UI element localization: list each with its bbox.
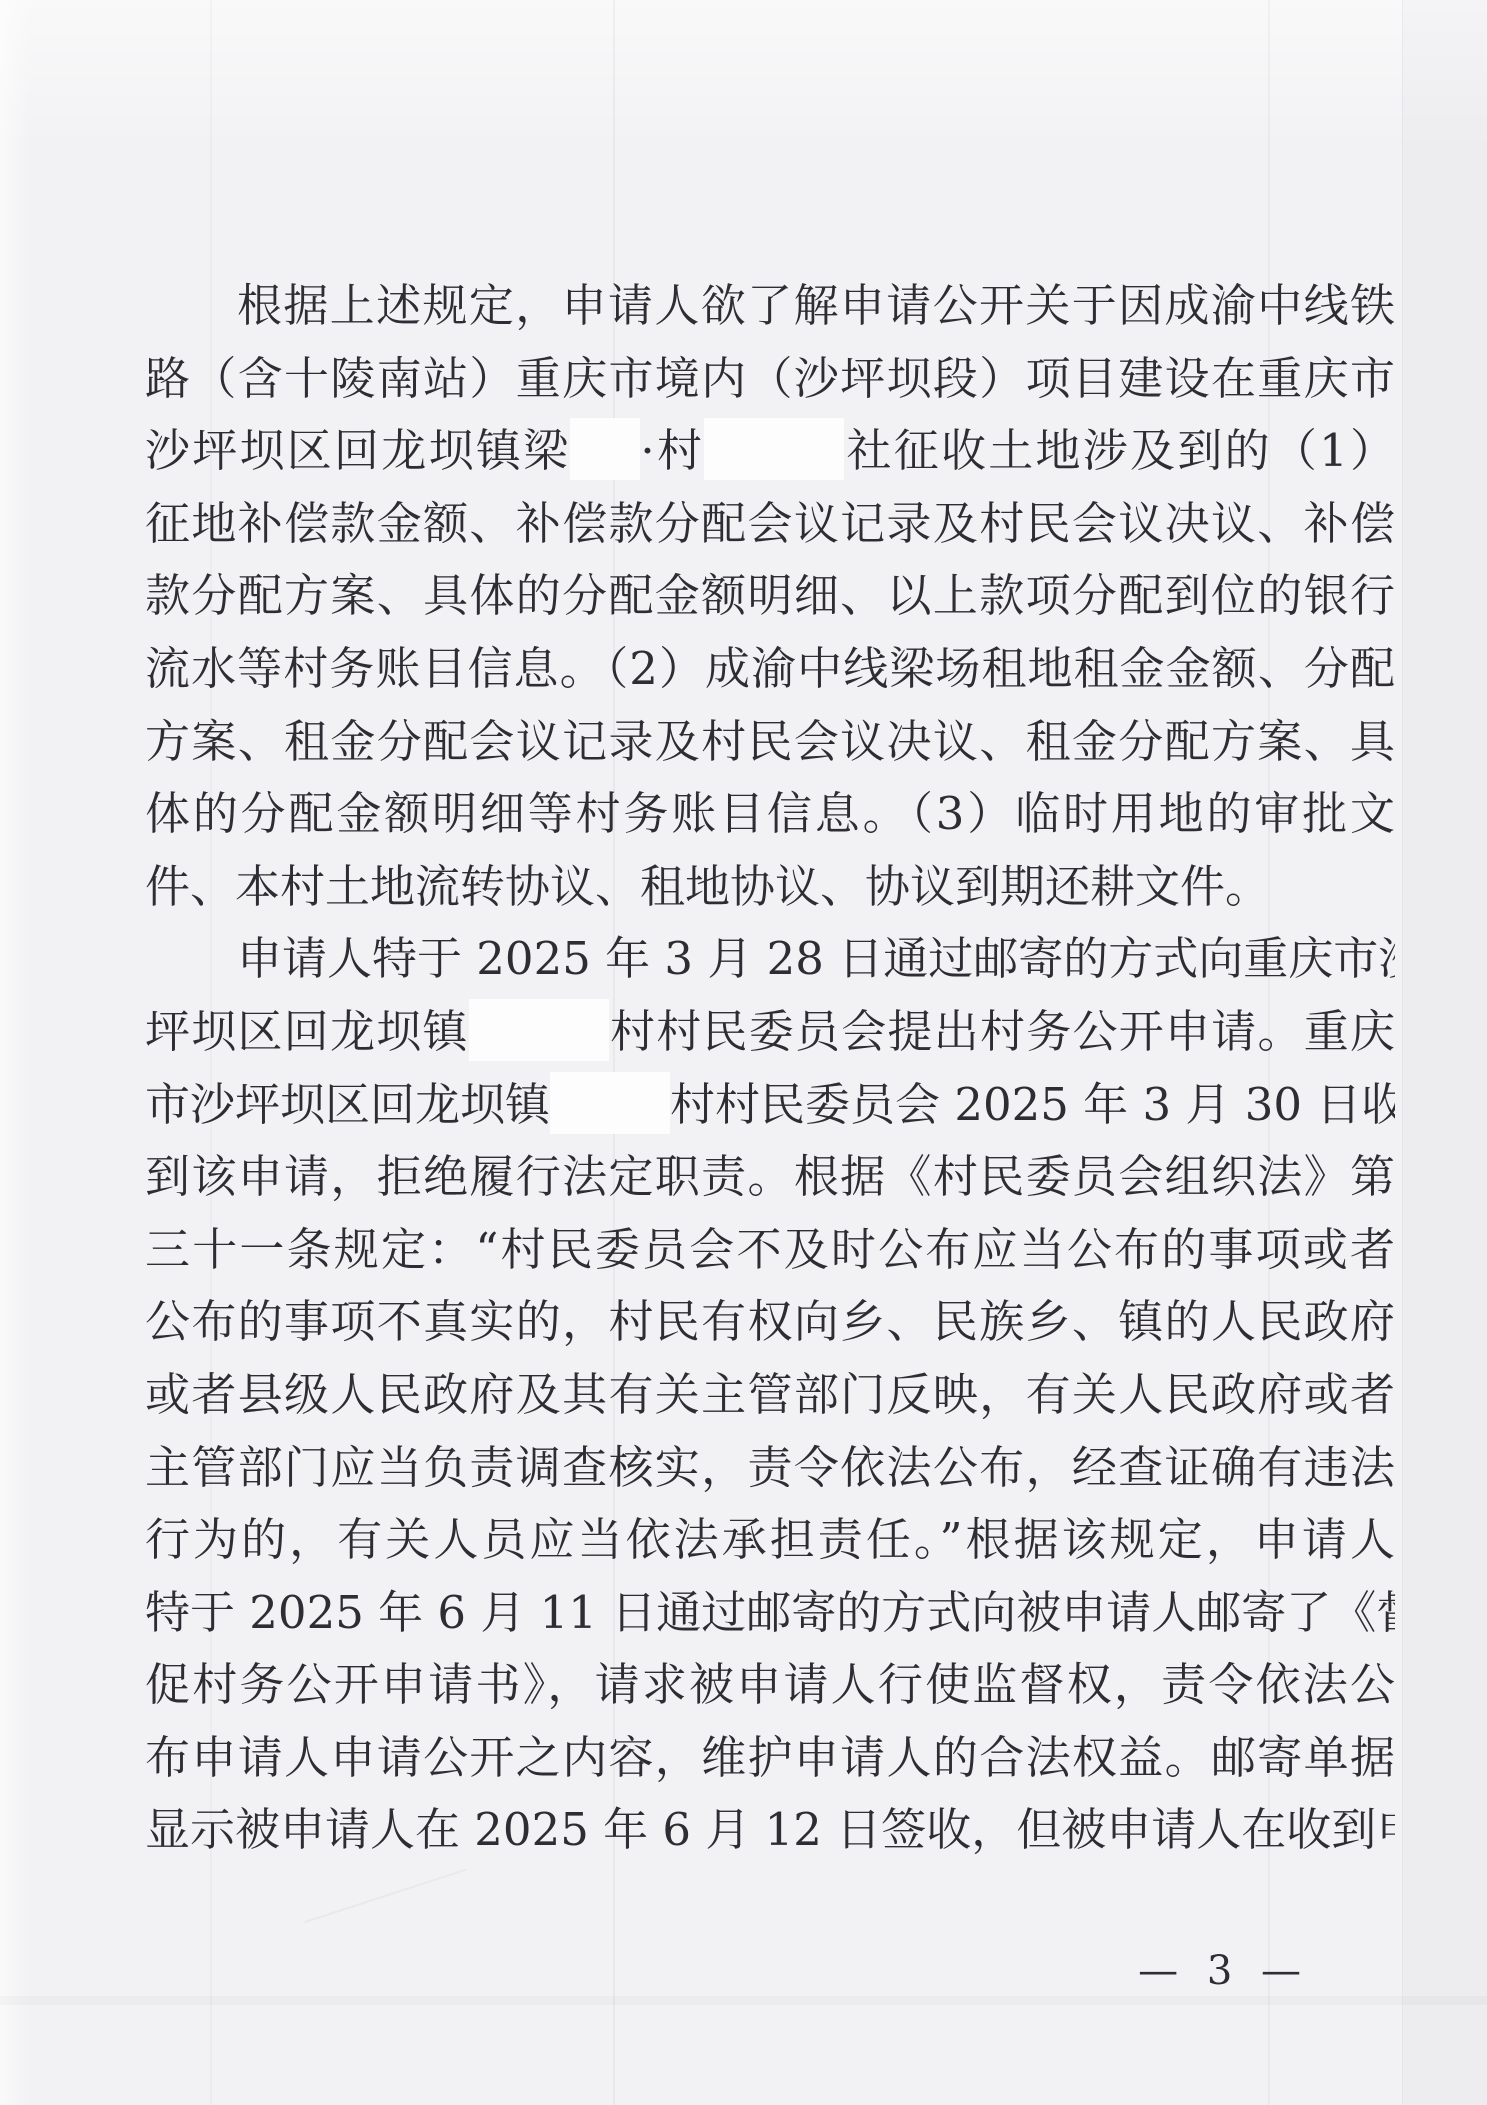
- text-segment: ·村: [640, 424, 704, 477]
- text-segment: 或者县级人民政府及其有关主管部门反映，有关人民政府或者: [145, 1368, 1395, 1421]
- text-line: 促村务公开申请书》，请求被申请人行使监督权，责令依法公: [145, 1649, 1395, 1722]
- text-segment: 市沙坪坝区回龙坝镇: [145, 1078, 550, 1131]
- text-segment: 申请人特于 2025 年 3 月 28 日通过邮寄的方式向重庆市沙: [237, 932, 1395, 985]
- text-line: 行为的，有关人员应当依法承担责任。”根据该规定，申请人: [145, 1504, 1395, 1577]
- text-line: 特于 2025 年 6 月 11 日通过邮寄的方式向被申请人邮寄了《督: [145, 1577, 1395, 1650]
- text-segment: 显示被申请人在 2025 年 6 月 12 日签收，但被申请人在收到申: [145, 1803, 1395, 1856]
- text-segment: 方案、租金分配会议记录及村民会议决议、租金分配方案、具: [145, 715, 1395, 768]
- text-line: 三十一条规定：“村民委员会不及时公布应当公布的事项或者: [145, 1214, 1395, 1287]
- text-segment: 布申请人申请公开之内容，维护申请人的合法权益。邮寄单据: [145, 1731, 1395, 1784]
- text-segment: 坪坝区回龙坝镇: [145, 1005, 469, 1058]
- text-segment: 特于 2025 年 6 月 11 日通过邮寄的方式向被申请人邮寄了《督: [145, 1586, 1395, 1639]
- text-line: 显示被申请人在 2025 年 6 月 12 日签收，但被申请人在收到申: [145, 1794, 1395, 1867]
- text-line: 到该申请，拒绝履行法定职责。根据《村民委员会组织法》第: [145, 1141, 1395, 1214]
- text-line: 沙坪坝区回龙坝镇梁·村社征收土地涉及到的（1）: [145, 415, 1395, 488]
- redaction-box: [550, 1072, 670, 1134]
- text-line: 市沙坪坝区回龙坝镇村村民委员会 2025 年 3 月 30 日收: [145, 1069, 1395, 1142]
- text-line: 根据上述规定，申请人欲了解申请公开关于因成渝中线铁: [145, 270, 1395, 343]
- paragraph: 根据上述规定，申请人欲了解申请公开关于因成渝中线铁路（含十陵南站）重庆市境内（沙…: [145, 270, 1395, 923]
- text-segment: 征地补偿款金额、补偿款分配会议记录及村民会议决议、补偿: [145, 497, 1395, 550]
- text-segment: 促村务公开申请书》，请求被申请人行使监督权，责令依法公: [145, 1658, 1395, 1711]
- redaction-box: [570, 418, 640, 480]
- redaction-box: [469, 999, 609, 1061]
- page-number: — 3 —: [1138, 1948, 1309, 1994]
- paper-crease: [304, 1869, 466, 1923]
- text-line: 流水等村务账目信息。（2）成渝中线梁场租地租金金额、分配: [145, 633, 1395, 706]
- text-line: 主管部门应当负责调查核实，责令依法公布，经查证确有违法: [145, 1432, 1395, 1505]
- text-segment: 社征收土地涉及到的（1）: [844, 424, 1395, 477]
- text-segment: 沙坪坝区回龙坝镇梁: [145, 424, 570, 477]
- text-line: 布申请人申请公开之内容，维护申请人的合法权益。邮寄单据: [145, 1722, 1395, 1795]
- paragraph: 申请人特于 2025 年 3 月 28 日通过邮寄的方式向重庆市沙坪坝区回龙坝镇…: [145, 923, 1395, 1867]
- text-segment: 主管部门应当负责调查核实，责令依法公布，经查证确有违法: [145, 1441, 1395, 1494]
- text-line: 公布的事项不真实的，村民有权向乡、民族乡、镇的人民政府: [145, 1286, 1395, 1359]
- text-segment: 三十一条规定：“村民委员会不及时公布应当公布的事项或者: [145, 1223, 1395, 1276]
- text-segment: 行为的，有关人员应当依法承担责任。”根据该规定，申请人: [145, 1513, 1395, 1566]
- text-segment: 路（含十陵南站）重庆市境内（沙坪坝段）项目建设在重庆市: [145, 352, 1395, 405]
- text-segment: 件、本村土地流转协议、租地协议、协议到期还耕文件。: [145, 860, 1270, 913]
- text-segment: 公布的事项不真实的，村民有权向乡、民族乡、镇的人民政府: [145, 1295, 1395, 1348]
- redaction-box: [704, 418, 844, 480]
- text-line: 申请人特于 2025 年 3 月 28 日通过邮寄的方式向重庆市沙: [145, 923, 1395, 996]
- text-line: 路（含十陵南站）重庆市境内（沙坪坝段）项目建设在重庆市: [145, 343, 1395, 416]
- text-segment: 村村民委员会 2025 年 3 月 30 日收: [670, 1078, 1395, 1131]
- text-segment: 村村民委员会提出村务公开申请。重庆: [609, 1005, 1395, 1058]
- text-segment: 款分配方案、具体的分配金额明细、以上款项分配到位的银行: [145, 569, 1395, 622]
- text-line: 方案、租金分配会议记录及村民会议决议、租金分配方案、具: [145, 706, 1395, 779]
- text-block: 根据上述规定，申请人欲了解申请公开关于因成渝中线铁路（含十陵南站）重庆市境内（沙…: [145, 270, 1395, 1867]
- text-line: 体的分配金额明细等村务账目信息。（3）临时用地的审批文: [145, 778, 1395, 851]
- text-segment: 到该申请，拒绝履行法定职责。根据《村民委员会组织法》第: [145, 1150, 1395, 1203]
- text-line: 征地补偿款金额、补偿款分配会议记录及村民会议决议、补偿: [145, 488, 1395, 561]
- document-page: 根据上述规定，申请人欲了解申请公开关于因成渝中线铁路（含十陵南站）重庆市境内（沙…: [0, 0, 1487, 2105]
- text-line: 坪坝区回龙坝镇村村民委员会提出村务公开申请。重庆: [145, 996, 1395, 1069]
- text-segment: 根据上述规定，申请人欲了解申请公开关于因成渝中线铁: [237, 279, 1395, 332]
- text-line: 或者县级人民政府及其有关主管部门反映，有关人民政府或者: [145, 1359, 1395, 1432]
- text-line: 件、本村土地流转协议、租地协议、协议到期还耕文件。: [145, 851, 1395, 924]
- scan-band: [0, 1996, 1487, 2005]
- text-segment: 体的分配金额明细等村务账目信息。（3）临时用地的审批文: [145, 787, 1395, 840]
- text-segment: 流水等村务账目信息。（2）成渝中线梁场租地租金金额、分配: [145, 642, 1395, 695]
- scan-edge-shadow: [1402, 0, 1487, 2105]
- text-line: 款分配方案、具体的分配金额明细、以上款项分配到位的银行: [145, 560, 1395, 633]
